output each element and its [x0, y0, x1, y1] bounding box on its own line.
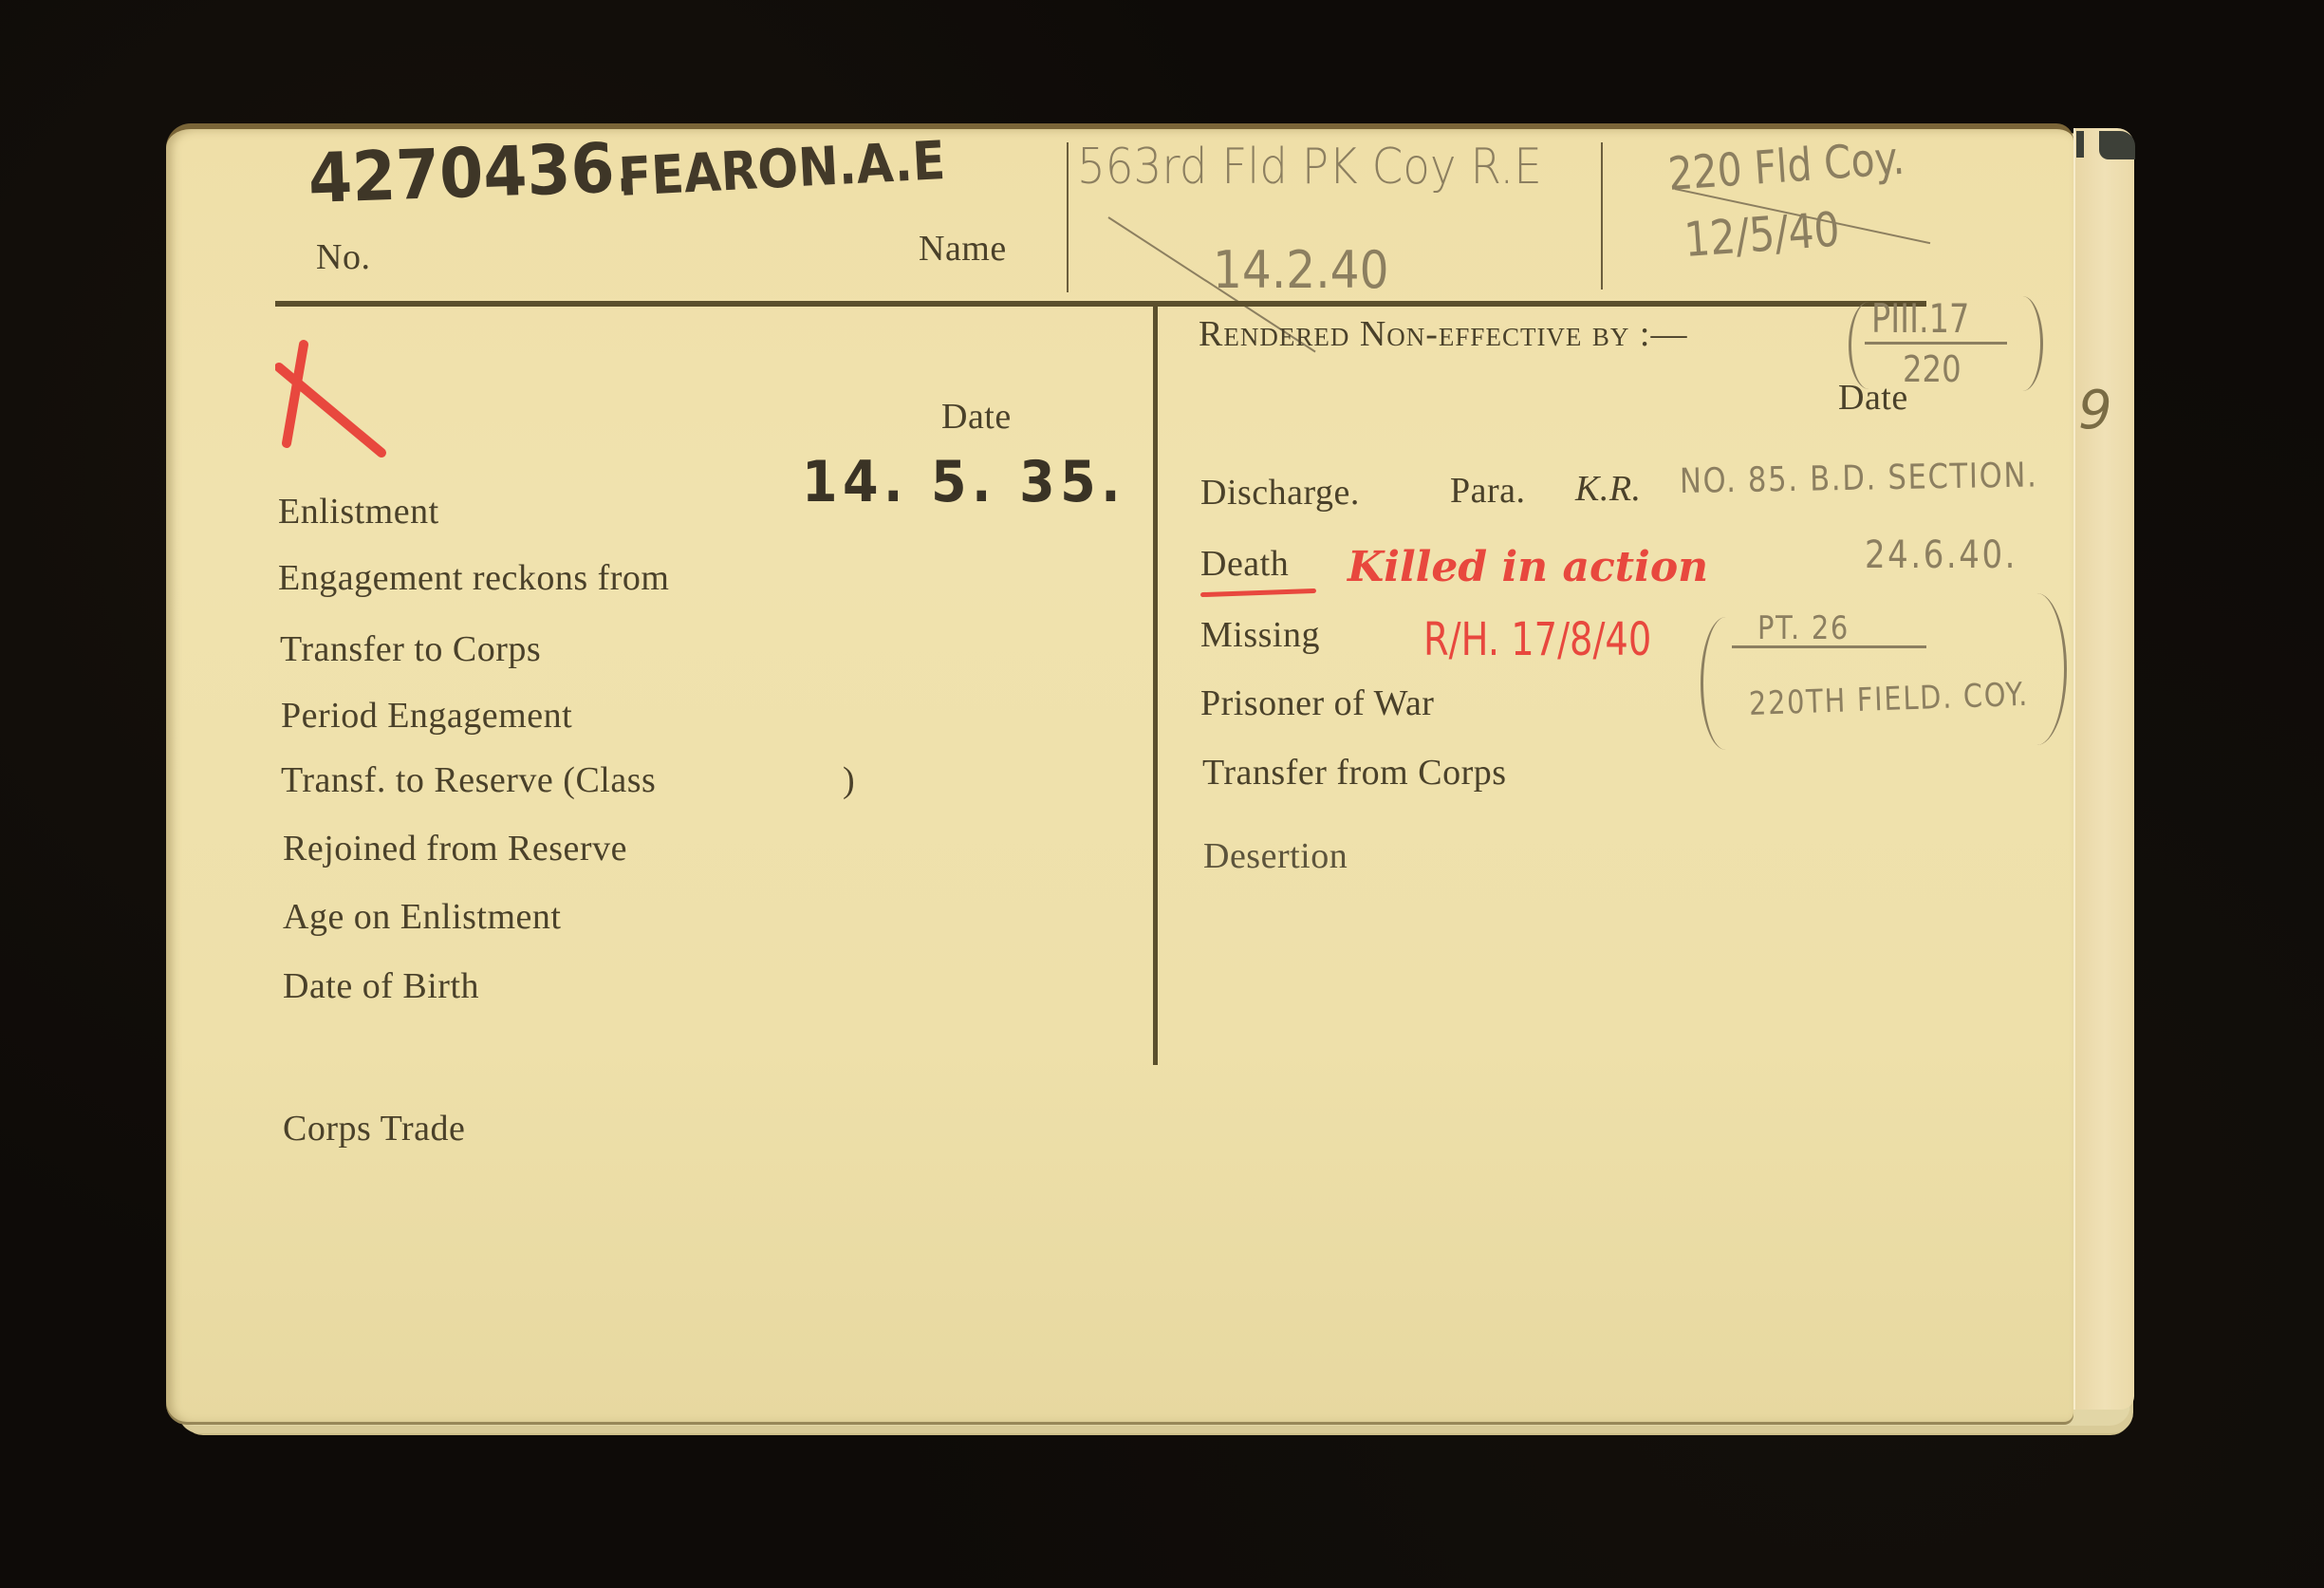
death-label: Death	[1200, 546, 1289, 582]
prisoner-of-war-label: Prisoner of War	[1200, 685, 1434, 721]
left-date-heading: Date	[941, 399, 1012, 435]
field-transfer-reserve-label: Transf. to Reserve (Class	[281, 762, 656, 798]
unit-2-date: 12/5/40	[1683, 206, 1841, 264]
desertion-label: Desertion	[1203, 838, 1348, 874]
service-number-value: 4270436.	[307, 133, 640, 213]
field-date-of-birth-label: Date of Birth	[283, 968, 479, 1004]
reserve-class-close-paren: )	[843, 762, 855, 798]
non-effective-heading: Rendered Non-effective by :—	[1199, 316, 1688, 352]
enlistment-date-value: 14. 5. 35.	[802, 454, 1125, 511]
adjacent-card-edge	[2073, 128, 2134, 1410]
field-engagement-reckons-label: Engagement reckons from	[278, 560, 669, 596]
unit-1-date: 14.2.40	[1213, 245, 1389, 296]
missing-annotation-top: PT. 26	[1757, 612, 1850, 645]
corner-tab-marker-small	[2076, 131, 2084, 158]
discharge-value: NO. 85. B.D. SECTION.	[1680, 458, 2038, 499]
missing-annotation-bottom: 220TH FIELD. COY.	[1748, 679, 2029, 720]
right-date-heading: Date	[1838, 380, 1908, 416]
unit-1-value: 563rd Fld PK Coy R.E	[1077, 142, 1542, 192]
field-transfer-to-corps-label: Transfer to Corps	[280, 631, 541, 667]
transfer-from-corps-label: Transfer from Corps	[1202, 755, 1507, 791]
corner-tab-marker	[2099, 131, 2135, 159]
header-divider-1	[1067, 142, 1069, 292]
discharge-label: Discharge.	[1200, 475, 1360, 511]
adjacent-card-mark: 9	[2078, 384, 2112, 438]
column-divider	[1153, 306, 1158, 1065]
missing-annotation-bracket-right	[2007, 593, 2067, 745]
field-period-engagement-label: Period Engagement	[281, 698, 572, 734]
field-rejoined-reserve-label: Rejoined from Reserve	[283, 831, 627, 867]
field-age-enlistment-label: Age on Enlistment	[283, 899, 561, 935]
field-corps-trade-label: Corps Trade	[283, 1111, 465, 1147]
header-rule	[275, 301, 1926, 307]
heading-annotation-top: PIII.17	[1871, 299, 1969, 339]
number-label: No.	[316, 239, 370, 275]
field-enlistment-label: Enlistment	[278, 494, 439, 530]
heading-annotation-bracket-right	[2002, 296, 2043, 391]
discharge-kr-label: K.R.	[1575, 471, 1642, 507]
heading-annotation-rule	[1865, 342, 2007, 345]
missing-value: R/H. 17/8/40	[1423, 617, 1651, 663]
header-divider-2	[1601, 142, 1603, 290]
death-date: 24.6.40.	[1865, 536, 2017, 574]
missing-annotation-bracket-left	[1701, 617, 1751, 750]
missing-annotation-rule	[1732, 645, 1926, 648]
missing-label: Missing	[1200, 617, 1320, 653]
name-label: Name	[919, 231, 1007, 267]
discharge-para-label: Para.	[1450, 473, 1526, 509]
red-cross-mark	[275, 337, 389, 460]
death-value: Killed in action	[1348, 547, 1708, 588]
heading-annotation-bottom: 220	[1903, 351, 1961, 387]
